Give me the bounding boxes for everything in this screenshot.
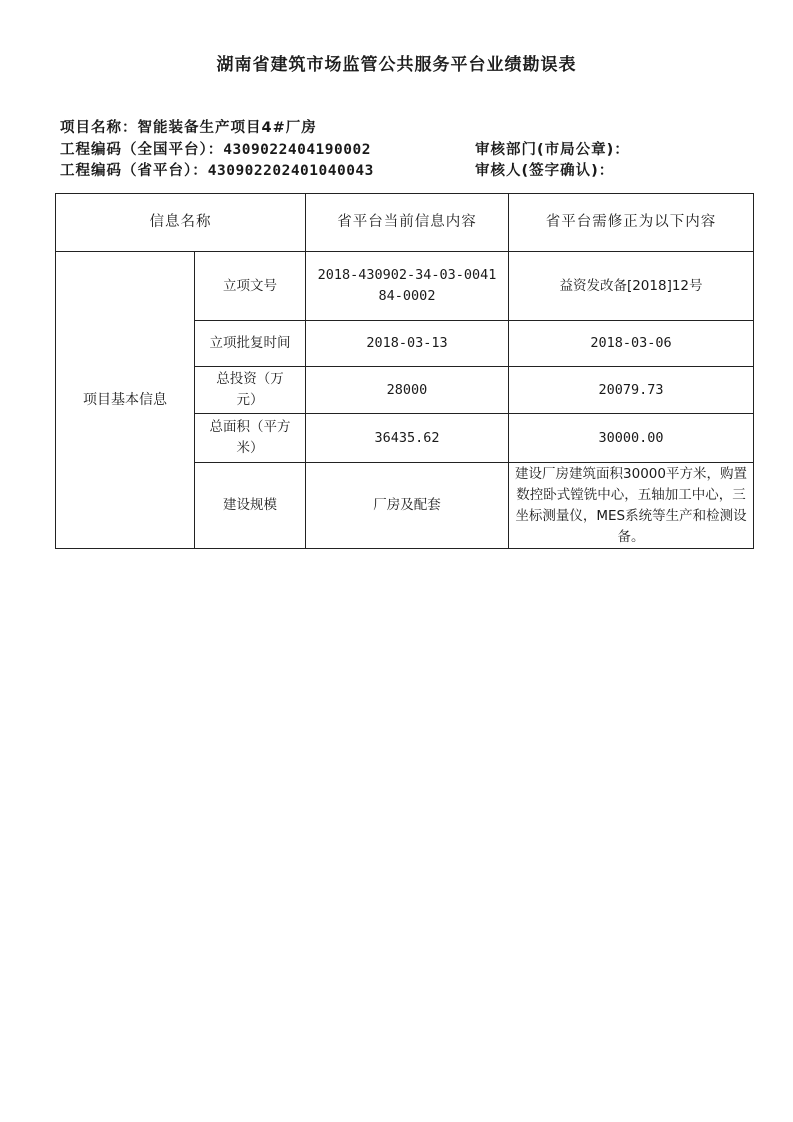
row-corrected: 2018-03-06	[509, 321, 754, 367]
header-info-name: 信息名称	[56, 194, 306, 252]
national-code-label: 工程编码（全国平台）：	[60, 142, 223, 158]
row-field: 立项文号	[195, 252, 306, 321]
national-code-value: 4309022404190002	[223, 142, 371, 158]
row-corrected: 30000.00	[509, 414, 754, 463]
row-current: 2018-03-13	[306, 321, 509, 367]
header-current: 省平台当前信息内容	[306, 194, 509, 252]
national-code-line: 工程编码（全国平台）：4309022404190002	[60, 138, 371, 159]
review-dept-label: 审核部门(市局公章)：	[475, 138, 630, 159]
row-field: 总面积（平方米）	[195, 414, 306, 463]
row-field: 总投资（万元）	[195, 367, 306, 414]
row-corrected: 20079.73	[509, 367, 754, 414]
project-name-value: 智能装备生产项目4#厂房	[138, 120, 317, 136]
row-corrected: 益资发改备[2018]12号	[509, 252, 754, 321]
header-corrected: 省平台需修正为以下内容	[509, 194, 754, 252]
provincial-code-label: 工程编码（省平台）：	[60, 163, 208, 179]
row-corrected: 建设厂房建筑面积30000平方米，购置数控卧式镗铣中心，五轴加工中心，三坐标测量…	[509, 463, 754, 549]
project-name-line: 项目名称：智能装备生产项目4#厂房	[60, 116, 317, 137]
group-label: 项目基本信息	[56, 252, 195, 549]
reviewer-label: 审核人(签字确认)：	[475, 159, 614, 180]
row-current: 厂房及配套	[306, 463, 509, 549]
row-current: 28000	[306, 367, 509, 414]
row-current: 36435.62	[306, 414, 509, 463]
row-field: 建设规模	[195, 463, 306, 549]
document-title: 湖南省建筑市场监管公共服务平台业绩勘误表	[0, 50, 793, 75]
row-current: 2018-430902-34-03-004184-0002	[306, 252, 509, 321]
provincial-code-value: 430902202401040043	[208, 163, 374, 179]
row-field: 立项批复时间	[195, 321, 306, 367]
provincial-code-line: 工程编码（省平台）：430902202401040043	[60, 159, 374, 180]
table-header-row: 信息名称 省平台当前信息内容 省平台需修正为以下内容	[56, 194, 754, 252]
table-row: 项目基本信息 立项文号 2018-430902-34-03-004184-000…	[56, 252, 754, 321]
correction-table: 信息名称 省平台当前信息内容 省平台需修正为以下内容 项目基本信息 立项文号 2…	[55, 193, 754, 549]
project-name-label: 项目名称：	[60, 120, 138, 136]
